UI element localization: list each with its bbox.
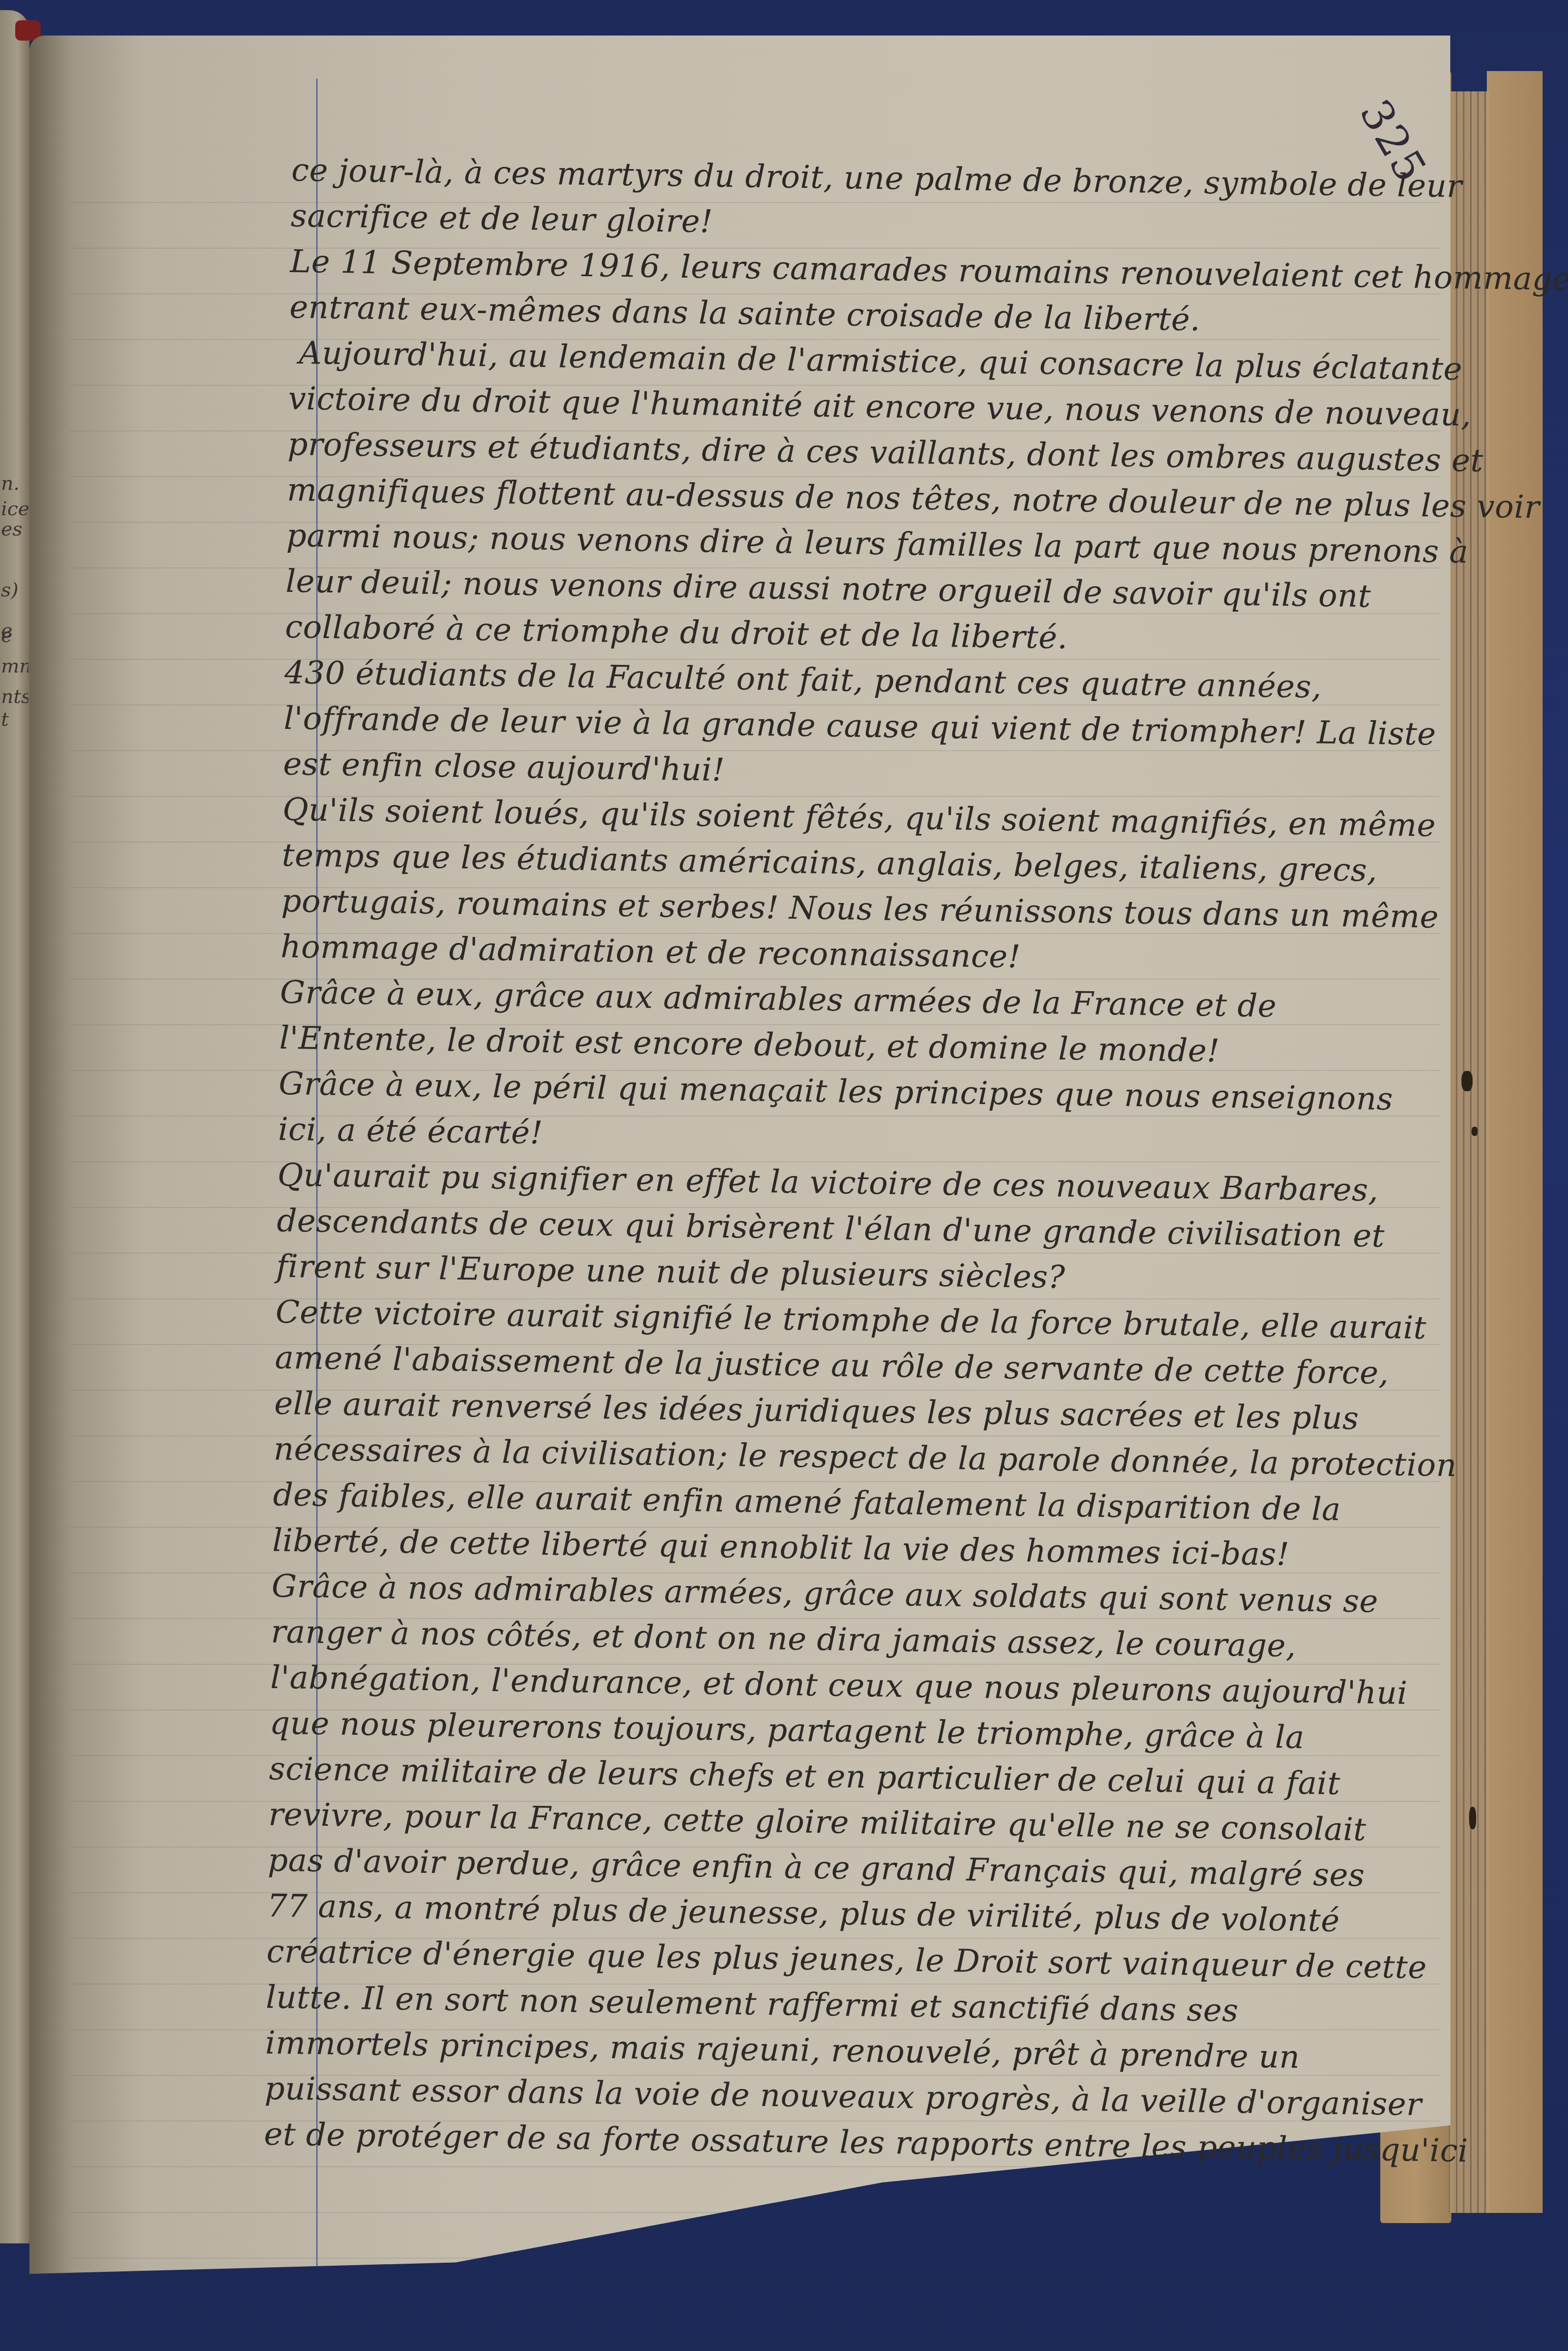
facing-page-fragment: e bbox=[1, 624, 28, 647]
book-cover-edge bbox=[1487, 71, 1543, 2213]
handwritten-text: ce jour-là, à ces martyrs du droit, une … bbox=[264, 147, 1474, 2173]
ink-stain bbox=[1469, 1807, 1476, 1829]
facing-page-fragment: n. bbox=[1, 472, 28, 494]
facing-page-fragment: mme bbox=[1, 655, 28, 677]
facing-page-fragment: s) bbox=[1, 579, 28, 601]
ink-stain bbox=[1461, 1071, 1473, 1091]
facing-page-fragment: es bbox=[1, 518, 28, 540]
facing-page-fragment: t bbox=[1, 708, 28, 730]
facing-page-fragment: nts. bbox=[1, 685, 28, 708]
ink-stain bbox=[1472, 1127, 1478, 1136]
facing-page-fragment: ices bbox=[1, 497, 28, 520]
facing-page-edge: n. ices es e s) e mme nts. t bbox=[0, 10, 29, 2243]
